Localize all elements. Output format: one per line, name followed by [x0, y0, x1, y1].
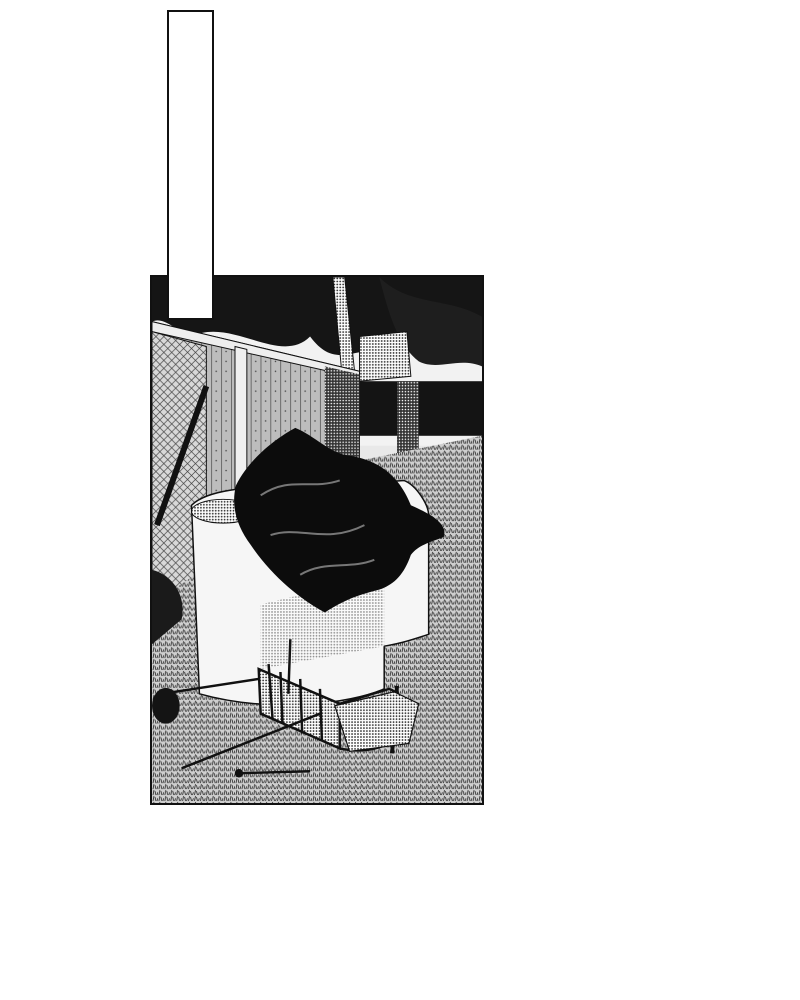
photo-panel [150, 275, 484, 805]
back-fence [359, 381, 482, 436]
panel-illustration [152, 277, 482, 803]
caption-box [167, 10, 214, 320]
house [359, 332, 410, 382]
tire [152, 688, 180, 724]
gate [397, 381, 419, 455]
